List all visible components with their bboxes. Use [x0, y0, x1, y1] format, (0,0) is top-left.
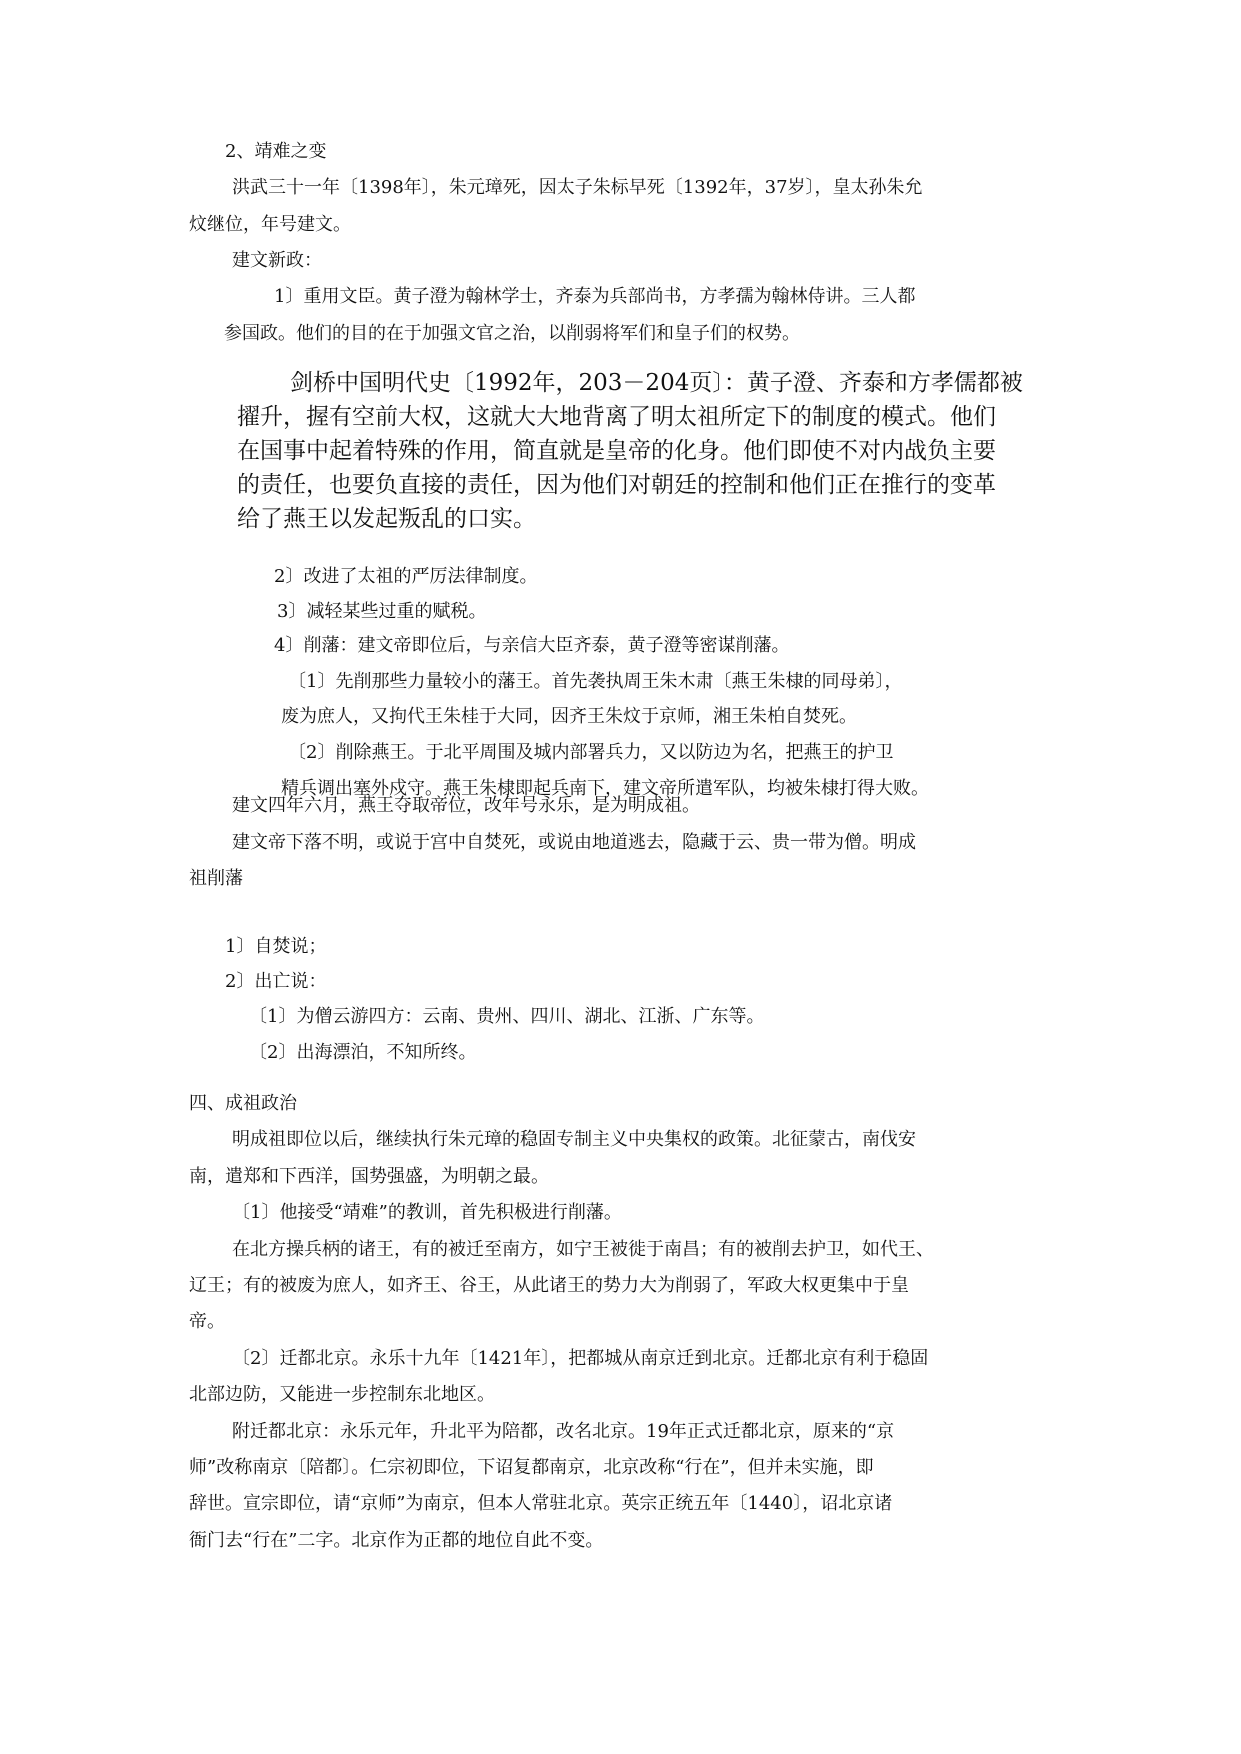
paragraph-line: 建文四年六月，燕王夺取帝位，改年号永乐，是为明成祖。: [232, 794, 700, 818]
paragraph-line: 明成祖即位以后，继续执行朱元璋的稳固专制主义中央集权的政策。北征蒙古，南伐安: [232, 1128, 916, 1152]
sub-list-item-continuation: 废为庶人，又拘代王朱桂于大同，因齐王朱炆于京师，湘王朱柏自焚死。: [281, 705, 857, 729]
paragraph-line: 祖削藩: [189, 867, 243, 891]
list-item: 2〕改进了太祖的严厉法律制度。: [274, 565, 537, 589]
list-item: 3〕减轻某些过重的赋税。: [277, 600, 486, 624]
paragraph-line: 在北方操兵柄的诸王，有的被迁至南方，如宁王被徙于南昌；有的被削去护卫，如代王、: [232, 1238, 934, 1262]
quote-line: 擢升，握有空前大权，这就大大地背离了明太祖所定下的制度的模式。他们: [237, 402, 996, 432]
paragraph-line: 南，遣郑和下西洋，国势强盛，为明朝之最。: [189, 1165, 549, 1189]
quote-line: 的责任，也要负直接的责任，因为他们对朝廷的控制和他们正在推行的变革: [237, 470, 996, 500]
paragraph-line: 建文帝下落不明，或说于宫中自焚死，或说由地道逃去，隐藏于云、贵一带为僧。明成: [232, 831, 916, 855]
paragraph-line: 辽王；有的被废为庶人，如齐王、谷王，从此诸王的势力大为削弱了，军政大权更集中于皇: [189, 1274, 909, 1298]
paragraph-line: 衙门去“行在”二字。北京作为正都的地位自此不变。: [189, 1529, 603, 1553]
paragraph-line: 洪武三十一年〔1398年〕，朱元璋死，因太子朱标早死〔1392年，37岁〕，皇太…: [232, 176, 1042, 200]
paragraph-line: 帝。: [189, 1310, 225, 1334]
quote-line: 给了燕王以发起叛乱的口实。: [237, 504, 536, 534]
paragraph-line: 炆继位，年号建文。: [189, 213, 351, 237]
paragraph-line: 北部边防，又能进一步控制东北地区。: [189, 1383, 495, 1407]
paragraph-line: 师”改称南京〔陪都〕。仁宗初即位，下诏复都南京，北京改称“行在”，但并未实施，即: [189, 1456, 874, 1480]
paragraph-line: 辞世。宣宗即位，请“京师”为南京，但本人常驻北京。英宗正统五年〔1440〕，诏北…: [189, 1492, 892, 1516]
list-item: 2〕出亡说：: [225, 970, 326, 994]
section-heading-jingnan: 2、靖难之变: [225, 140, 326, 164]
subheading-jianwen-new-policy: 建文新政：: [232, 249, 322, 273]
list-item: 4〕削藩：建文帝即位后，与亲信大臣齐泰，黄子澄等密谋削藩。: [274, 634, 789, 658]
section-heading-chengzu-politics: 四、成祖政治: [189, 1092, 297, 1116]
quote-line: 在国事中起着特殊的作用，简直就是皇帝的化身。他们即使不对内战负主要: [237, 436, 996, 466]
sub-list-item: 〔1〕先削那些力量较小的藩王。首先袭执周王朱木肃〔燕王朱棣的同母弟〕，: [288, 670, 902, 694]
list-item: 1〕自焚说；: [225, 935, 326, 959]
paragraph-line: 附迁都北京：永乐元年，升北平为陪都，改名北京。19年正式迁都北京，原来的“京: [232, 1420, 894, 1444]
paragraph-line: 〔2〕迁都北京。永乐十九年〔1421年〕，把都城从南京迁到北京。迁都北京有利于稳…: [232, 1347, 928, 1371]
sub-list-item: 〔1〕为僧云游四方：云南、贵州、四川、湖北、江浙、广东等。: [249, 1005, 764, 1029]
list-item-continuation: 参国政。他们的目的在于加强文官之治，以削弱将军们和皇子们的权势。: [224, 322, 800, 346]
quote-line: 剑桥中国明代史〔1992年，203－204页〕：黄子澄、齐泰和方孝儒都被: [290, 368, 1023, 398]
list-item: 1〕重用文臣。黄子澄为翰林学士，齐泰为兵部尚书，方孝孺为翰林侍讲。三人都: [274, 285, 915, 309]
paragraph-line: 〔1〕他接受“靖难”的教训，首先积极进行削藩。: [232, 1201, 622, 1225]
sub-list-item: 〔2〕出海漂泊，不知所终。: [249, 1041, 476, 1065]
sub-list-item: 〔2〕削除燕王。于北平周围及城内部署兵力，又以防边为名，把燕王的护卫: [288, 741, 893, 765]
